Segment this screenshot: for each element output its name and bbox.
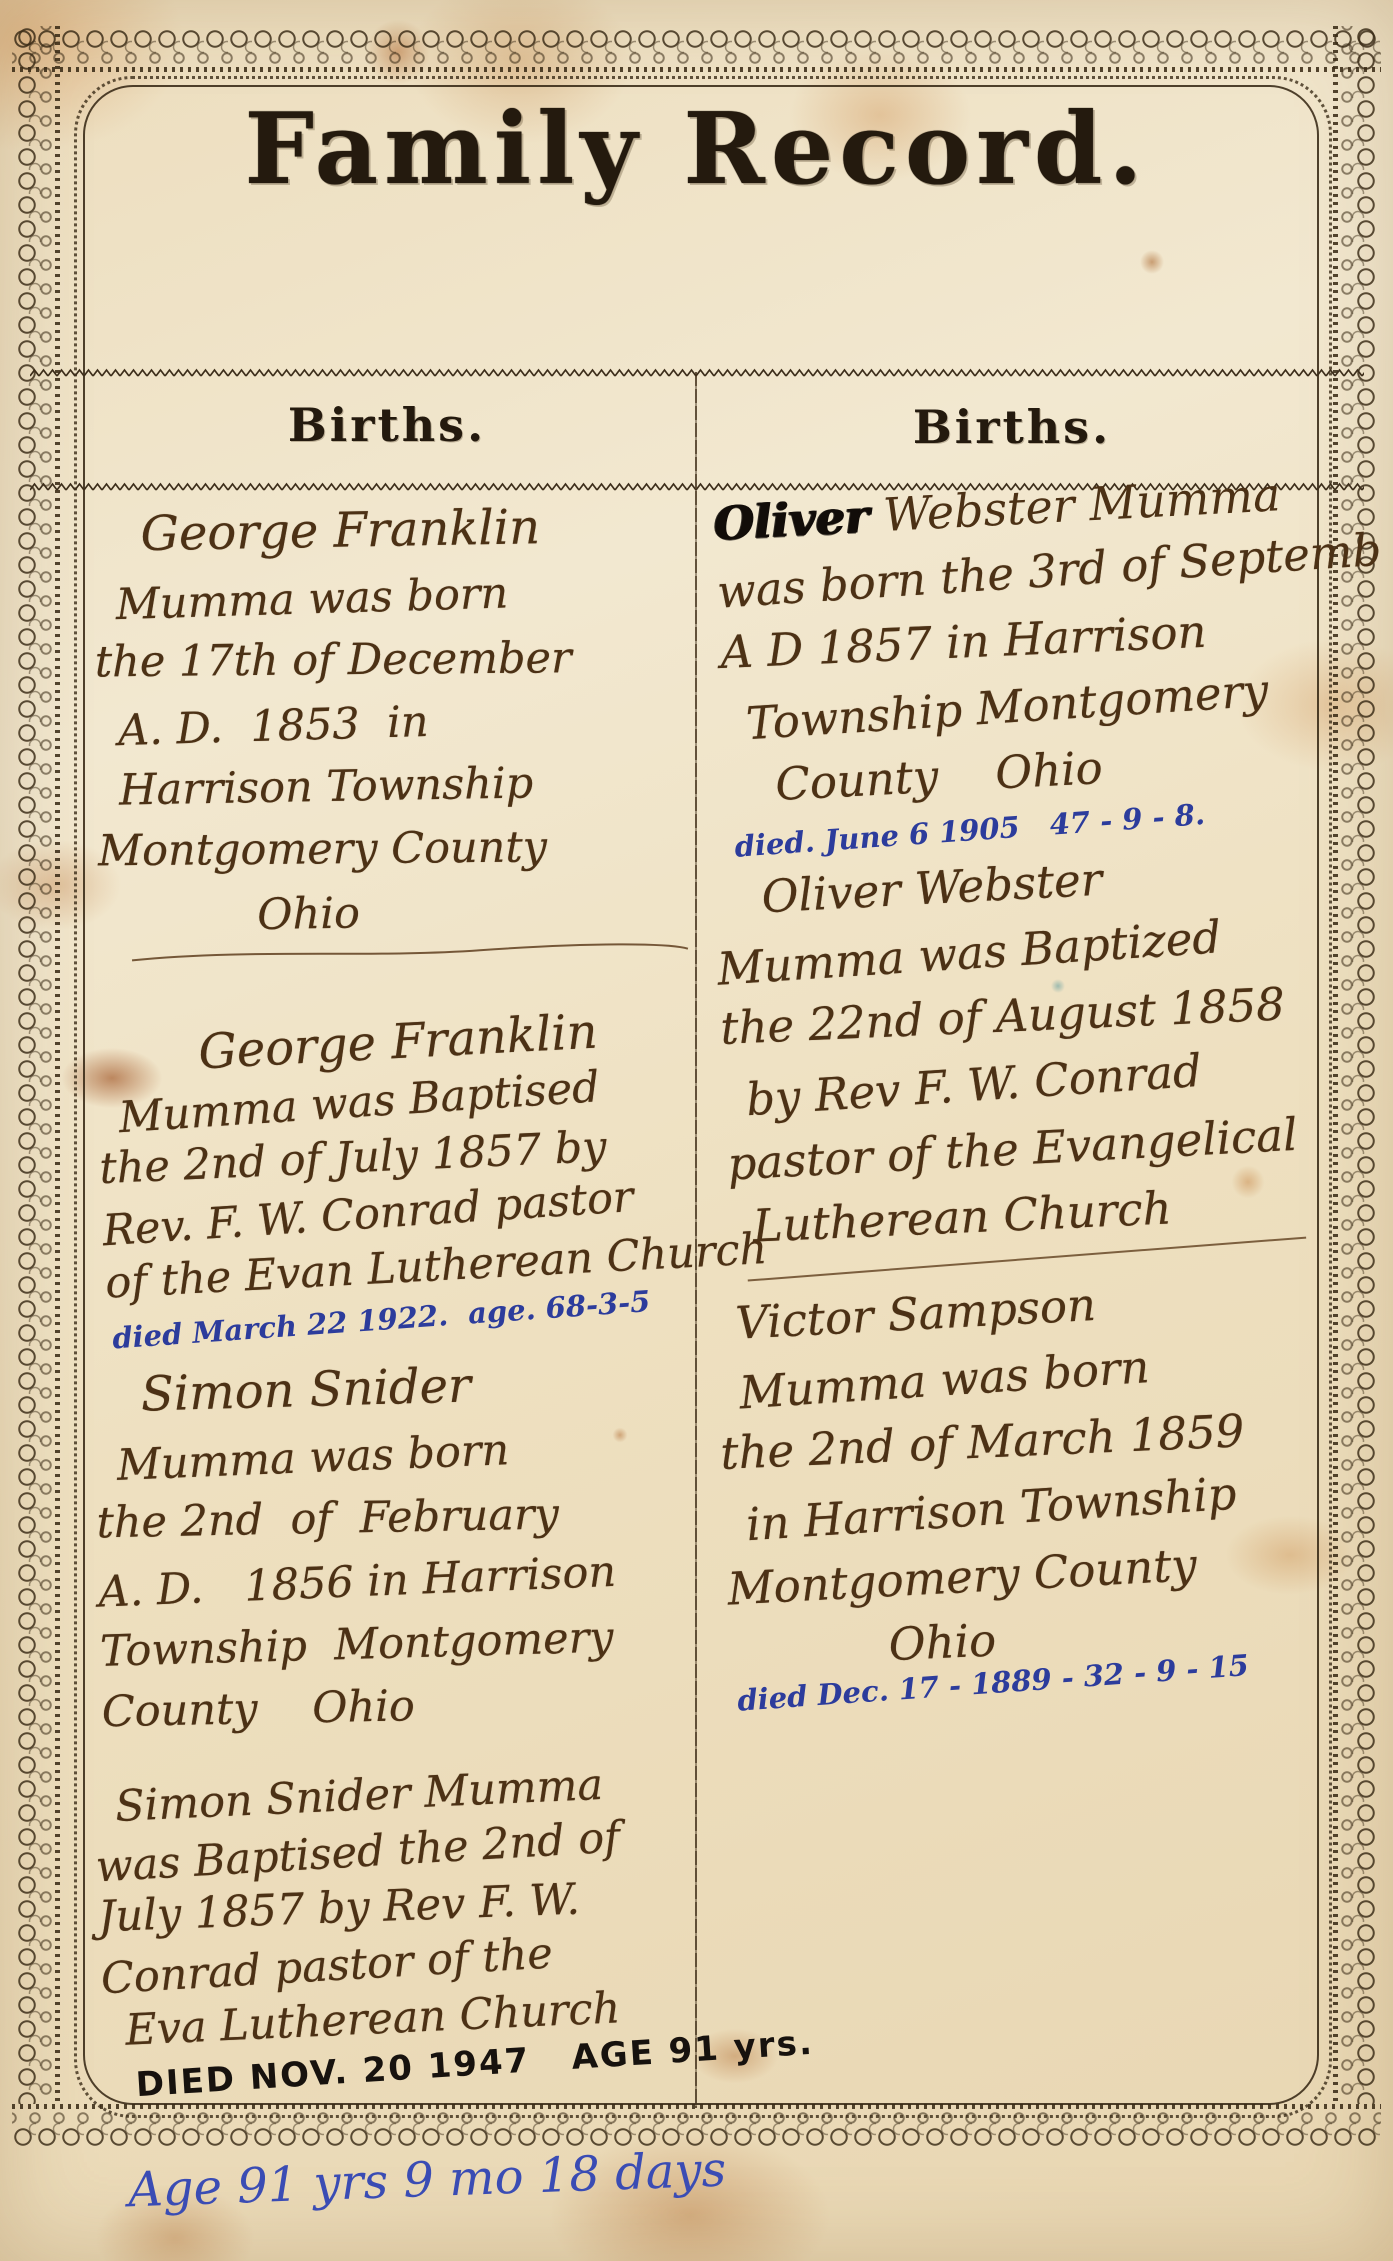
handwriting-line: Montgomery County: [98, 815, 699, 883]
handwriting-line: County Ohio: [101, 1670, 702, 1745]
overwritten-name: Oliver: [712, 489, 870, 551]
handwriting-line: George Franklin: [140, 490, 693, 570]
birth-entry-simon-snider-baptism: Simon Snider Mumma was Baptised the 2nd …: [92, 1754, 706, 2102]
birth-entry-victor-sampson-born: Victor Sampson Mumma was born the 2nd of…: [712, 1258, 1373, 1712]
footer-age-note: Age 91 yrs 9 mo 18 days: [127, 2142, 727, 2219]
birth-entry-oliver-webster-born: Oliver Webster Mumma was born the 3rd of…: [712, 459, 1370, 859]
page-title: Family Record.: [0, 92, 1393, 207]
births-header-right: Births.: [712, 400, 1312, 454]
birth-entry-oliver-webster-baptism: Oliver Webster Mumma was Baptized the 22…: [712, 833, 1373, 1275]
birth-entry-george-franklin-born: George Franklin Mumma was born the 17th …: [92, 490, 700, 969]
right-column: Oliver Webster Mumma was born the 3rd of…: [712, 492, 1352, 1713]
birth-entry-simon-snider-born: Simon Snider Mumma was born the 2nd of F…: [92, 1344, 703, 1747]
family-record-page: Family Record. Births. Births. George Fr…: [0, 0, 1393, 2261]
zigzag-rule-top: [30, 368, 1364, 378]
ornate-border-left: [12, 26, 60, 2104]
left-column: George Franklin Mumma was born the 17th …: [92, 500, 692, 2103]
birth-entry-george-franklin-baptism: George Franklin Mumma was Baptised the 2…: [92, 995, 708, 1350]
births-header-left: Births.: [92, 398, 682, 452]
handwriting-line: the 17th of December: [95, 626, 696, 694]
ornate-border-top: [12, 24, 1381, 72]
handwriting-line: Ohio: [257, 876, 700, 947]
